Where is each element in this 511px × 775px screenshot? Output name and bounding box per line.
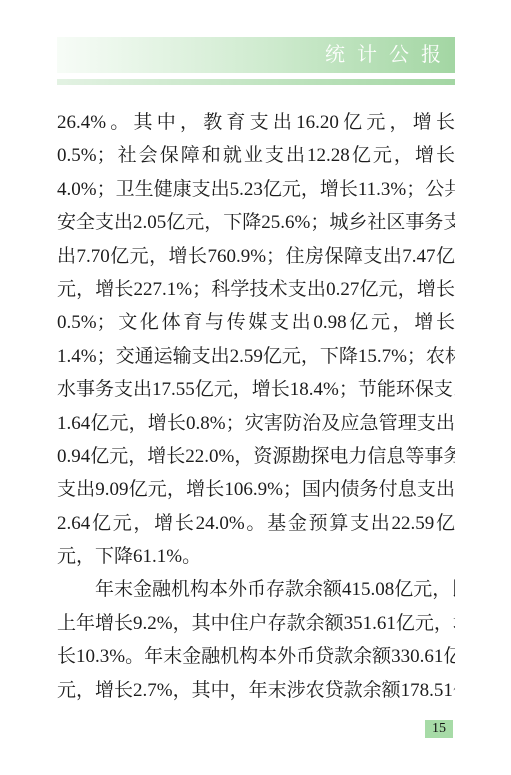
body-text-line: 0.5%；社会保障和就业支出12.28亿元，增长 (57, 139, 455, 172)
body-text-line: 1.64亿元，增长0.8%；灾害防治及应急管理支出 (57, 407, 455, 440)
header-bar: 统计公报 (57, 37, 455, 73)
body-text: 26.4%。其中，教育支出16.20亿元，增长0.5%；社会保障和就业支出12.… (57, 106, 455, 707)
body-text-line: 出7.70亿元，增长760.9%；住房保障支出7.47亿 (57, 240, 455, 273)
body-text-line: 2.64亿元，增长24.0%。基金预算支出22.59亿 (57, 507, 455, 540)
body-text-line: 元，增长227.1%；科学技术支出0.27亿元，增长 (57, 273, 455, 306)
body-text-line: 元，下降61.1%。 (57, 540, 455, 573)
body-text-line: 支出9.09亿元，增长106.9%；国内债务付息支出 (57, 473, 455, 506)
body-text-line: 0.5%；文化体育与传媒支出0.98亿元，增长 (57, 306, 455, 339)
body-text-line: 0.94亿元，增长22.0%，资源勘探电力信息等事务 (57, 440, 455, 473)
page-number-box: 15 (425, 720, 453, 738)
body-text-line: 上年增长9.2%，其中住户存款余额351.61亿元，增 (57, 607, 455, 640)
body-text-line: 26.4%。其中，教育支出16.20亿元，增长 (57, 106, 455, 139)
body-text-line: 安全支出2.05亿元，下降25.6%；城乡社区事务支 (57, 206, 455, 239)
page-number: 15 (432, 720, 446, 738)
body-text-line: 1.4%；交通运输支出2.59亿元，下降15.7%；农林 (57, 340, 455, 373)
body-text-line: 4.0%；卫生健康支出5.23亿元，增长11.3%；公共 (57, 173, 455, 206)
body-text-line: 年末金融机构本外币存款余额415.08亿元，比 (57, 573, 455, 606)
body-text-line: 长10.3%。年末金融机构本外币贷款余额330.61亿 (57, 640, 455, 673)
body-text-line: 水事务支出17.55亿元，增长18.4%；节能环保支出 (57, 373, 455, 406)
header-rule (57, 79, 455, 85)
document-page: 统计公报 26.4%。其中，教育支出16.20亿元，增长0.5%；社会保障和就业… (0, 0, 511, 775)
header-title: 统计公报 (325, 37, 455, 73)
body-text-line: 元，增长2.7%，其中，年末涉农贷款余额178.51亿 (57, 674, 455, 707)
